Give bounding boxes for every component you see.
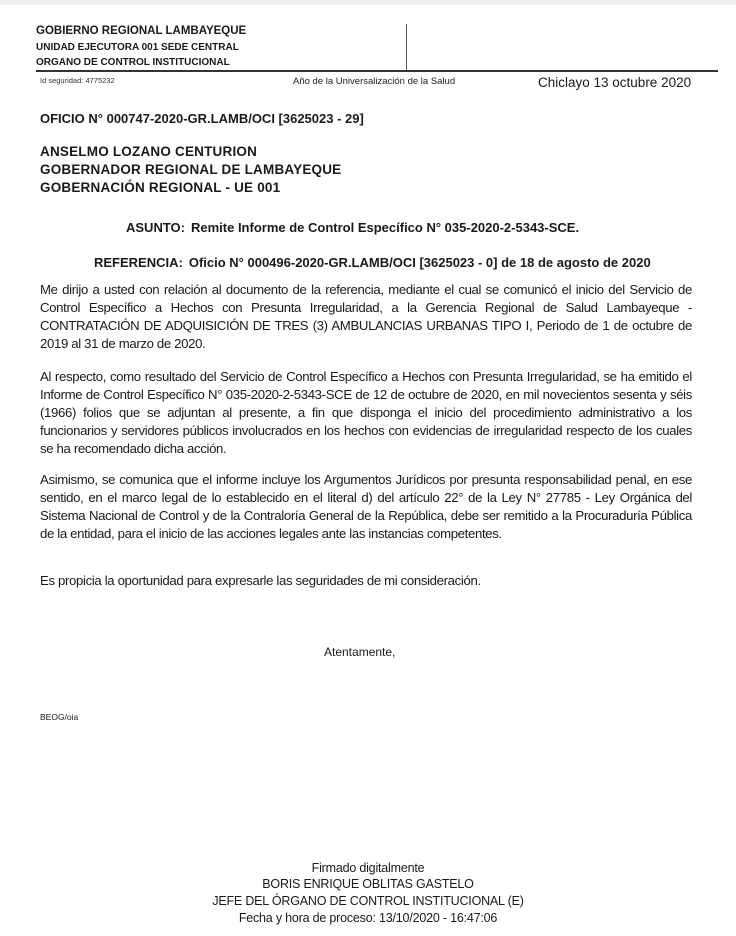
org-name: GOBIERNO REGIONAL LAMBAYEQUE <box>36 25 246 37</box>
initials: BEOG/oia <box>40 712 78 722</box>
place-date: Chiclayo 13 octubre 2020 <box>538 75 691 90</box>
recipient-name: ANSELMO LOZANO CENTURION <box>40 144 257 159</box>
reference-line: REFERENCIA:Oficio N° 000496-2020-GR.LAMB… <box>94 255 651 270</box>
reference-label: REFERENCIA: <box>94 255 183 270</box>
body-paragraph: Al respecto, como resultado del Servicio… <box>40 368 692 458</box>
closing: Atentamente, <box>324 645 395 659</box>
body-paragraph: Asimismo, se comunica que el informe inc… <box>40 471 692 543</box>
oficio-number: OFICIO N° 000747-2020-GR.LAMB/OCI [36250… <box>40 111 364 126</box>
security-id: Id seguridad: 4775232 <box>40 76 115 85</box>
recipient-entity: GOBERNACIÓN REGIONAL - UE 001 <box>40 180 280 195</box>
signer-title: JEFE DEL ÓRGANO DE CONTROL INSTITUCIONAL… <box>0 894 736 908</box>
subject-value: Remite Informe de Control Específico N° … <box>191 220 579 235</box>
org-unit: UNIDAD EJECUTORA 001 SEDE CENTRAL <box>36 42 239 53</box>
body-paragraph: Es propicia la oportunidad para expresar… <box>40 572 692 590</box>
year-motto: Año de la Universalización de la Salud <box>293 76 455 87</box>
subject-label: ASUNTO: <box>126 220 185 235</box>
reference-value: Oficio N° 000496-2020-GR.LAMB/OCI [36250… <box>189 255 651 270</box>
viewer-top-band <box>0 0 736 5</box>
header-horizontal-rule <box>36 70 718 72</box>
recipient-title: GOBERNADOR REGIONAL DE LAMBAYEQUE <box>40 162 341 177</box>
processing-timestamp: Fecha y hora de proceso: 13/10/2020 - 16… <box>0 911 736 925</box>
signature-status: Firmado digitalmente <box>0 861 736 875</box>
body-paragraph: Me dirijo a usted con relación al docume… <box>40 281 692 353</box>
signer-name: BORIS ENRIQUE OBLITAS GASTELO <box>0 877 736 891</box>
subject-line: ASUNTO:Remite Informe de Control Específ… <box>126 220 579 235</box>
org-office: ORGANO DE CONTROL INSTITUCIONAL <box>36 57 230 68</box>
header-vertical-divider <box>406 24 407 71</box>
